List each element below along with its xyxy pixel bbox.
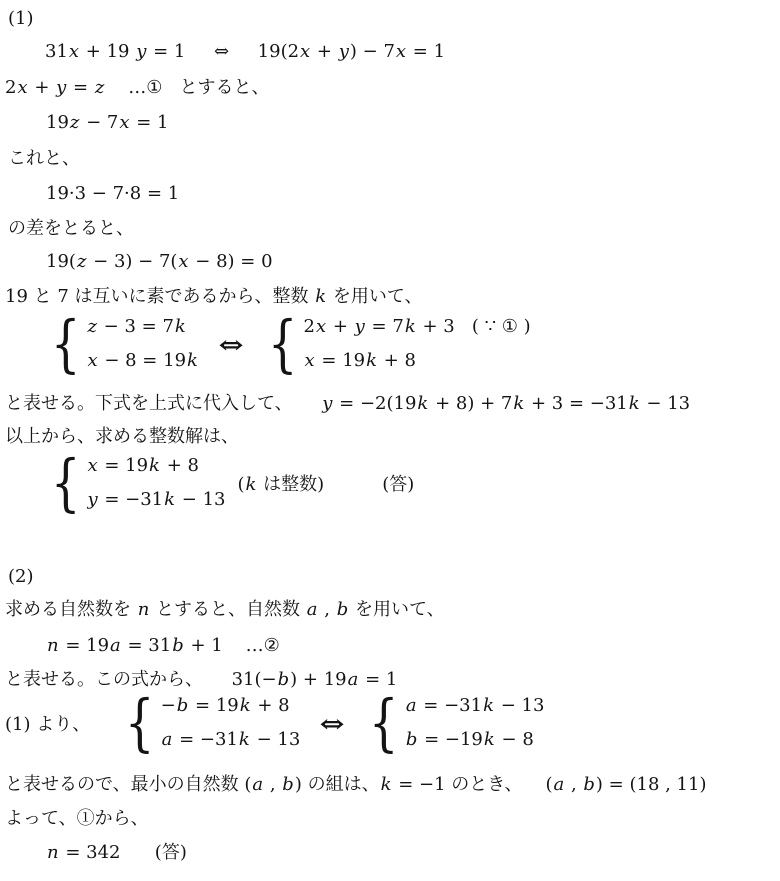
left-brace-icon: { [369, 692, 399, 754]
system-1: { z − 3 = 7k x − 8 = 19k ⇔ { 2x + y = 7k… [46, 313, 531, 375]
text-substitute: と表せる。下式を上式に代入して、 y = −2(19k + 8) + 7k + … [5, 391, 690, 417]
system-row: −b = 19k + 8 [161, 693, 301, 719]
system-row: b = −19k − 8 [405, 727, 545, 753]
text-therefore: よって、①から、 [5, 806, 149, 832]
text-define-n: 求める自然数を n とすると、自然数 a , b を用いて、 [5, 597, 445, 623]
cases-right: { 2x + y = 7k + 3 ( ∵ ① ) x = 19k + 8 [263, 313, 531, 375]
equation-difference: 19(z − 3) − 7(x − 8) = 0 [46, 249, 273, 275]
system-3: (1) より、 { −b = 19k + 8 a = −31k − 13 ⇔ {… [5, 692, 544, 754]
substitution-definition: 2x + y = z …① とすると、 [5, 75, 270, 101]
integer-note: (k は整数) [238, 470, 325, 496]
equation-reduced: 19z − 7x = 1 [46, 110, 169, 136]
cases-right: { a = −31k − 13 b = −19k − 8 [364, 692, 544, 754]
document-page: (1) 31x + 19 y = 1 ⇔ 19(2x + y) − 7x = 1… [0, 0, 780, 881]
system-row: x − 8 = 19k [86, 348, 199, 374]
iff-arrow-icon: ⇔ [320, 709, 345, 738]
part2-heading: (2) [8, 564, 34, 590]
answer-mark: (答) [382, 470, 414, 496]
left-brace-icon: { [51, 313, 81, 375]
system-row: 2x + y = 7k + 3 ( ∵ ① ) [304, 314, 531, 340]
system-row: x = 19k + 8 [304, 348, 531, 374]
system-row: z − 3 = 7k [86, 314, 199, 340]
system-row: a = −31k − 13 [405, 693, 545, 719]
left-brace-icon: { [51, 452, 81, 514]
text-koreto: これと、 [8, 146, 80, 172]
equation-particular: 19·3 − 7·8 = 1 [46, 181, 179, 207]
part1-heading: (1) [8, 6, 34, 32]
system-row: x = 19k + 8 [86, 453, 225, 479]
cases-solution: { x = 19k + 8 y = −31k − 13 [46, 452, 226, 514]
system-2: { x = 19k + 8 y = −31k − 13 (k は整数) (答) [46, 452, 414, 514]
left-brace-icon: { [268, 313, 298, 375]
iff-arrow-icon: ⇔ [218, 330, 243, 359]
text-take-difference: の差をとると、 [8, 216, 134, 242]
system-row: a = −31k − 13 [161, 727, 301, 753]
left-brace-icon: { [125, 692, 155, 754]
text-minimal-pair: と表せるので、最小の自然数 (a , b) の組は、k = −1 のとき、 (a… [5, 772, 707, 798]
equation-final-answer: n = 342 (答) [46, 840, 187, 866]
reference-prefix: (1) より、 [5, 710, 90, 736]
text-conclusion: 以上から、求める整数解は、 [5, 424, 239, 450]
equation-n: n = 19a = 31b + 1 …② [46, 633, 280, 659]
system-row: y = −31k − 13 [86, 487, 225, 513]
cases-left: { −b = 19k + 8 a = −31k − 13 [120, 692, 300, 754]
cases-left: { z − 3 = 7k x − 8 = 19k [46, 313, 199, 375]
text-from-equation: と表せる。この式から、 31(−b) + 19a = 1 [5, 667, 397, 693]
equation-main: 31x + 19 y = 1 ⇔ 19(2x + y) − 7x = 1 [45, 39, 445, 65]
